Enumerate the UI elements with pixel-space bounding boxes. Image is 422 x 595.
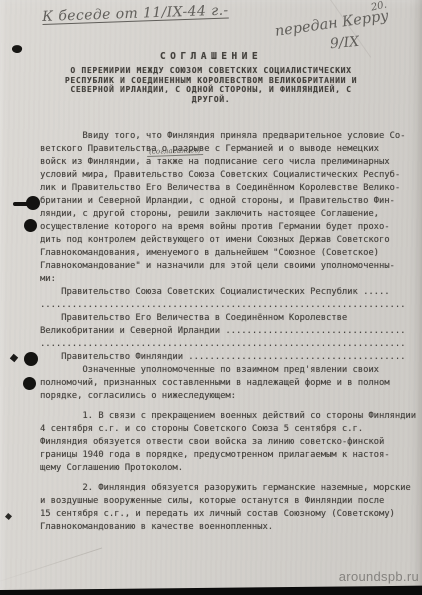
body-line: дить под контролем действующего от имени… (40, 234, 418, 247)
hole-punch-mark (23, 377, 36, 390)
body-line: Главнокомандованию в качестве военноплен… (40, 521, 418, 534)
hole-punch-mark (24, 352, 38, 366)
document-subtitle: О ПЕРЕМИРИИ МЕЖДУ СОЮЗОМ СОВЕТСКИХ СОЦИА… (51, 66, 371, 104)
body-line: британии и Северной Ирландии, с одной ст… (40, 195, 418, 208)
body-line: полномочий, признанных составленными в н… (40, 377, 418, 390)
ink-dot (10, 354, 18, 362)
body-line: Означенные уполномоченные по взаимном пр… (40, 364, 418, 377)
ink-dot (5, 513, 12, 520)
document-body: Ввиду того, что Финляндия приняла предва… (40, 130, 418, 534)
watermark-text: aroundspb.ru (339, 569, 419, 584)
body-line: и воздушные вооруженные силы, которые ос… (40, 495, 418, 508)
body-line: границы 1940 года в порядке, предусмотре… (40, 449, 418, 462)
body-line: осуществление которого на время войны пр… (40, 221, 418, 234)
body-line: Правительство Его Величества в Соединённ… (40, 312, 418, 325)
body-line: щему Соглашению Протоколом. (40, 462, 418, 475)
body-line: ........................................… (40, 338, 418, 351)
paper-crease (0, 547, 102, 585)
subtitle-line: РЕСПУБЛИК И СОЕДИНЕННЫМ КОРОЛЕВСТВОМ ВЕЛ… (51, 76, 371, 86)
body-line: порядке, согласились о нижеследующем: (40, 390, 418, 403)
hole-punch-mark (26, 196, 40, 210)
body-line: Ввиду того, что Финляндия приняла предва… (40, 130, 418, 143)
body-line: ляндии, с другой стороны, решили заключи… (40, 208, 418, 221)
body-line: Правительство Финляндии ................… (40, 351, 418, 364)
body-line: Главнокомандования, именуемого в дальней… (40, 247, 418, 260)
subtitle-line: СЕВЕРНОЙ ИРЛАНДИИ, С ОДНОЙ СТОРОНЫ, И ФИ… (51, 85, 371, 95)
body-line: ми: (40, 273, 418, 286)
subtitle-line: О ПЕРЕМИРИИ МЕЖДУ СОЮЗОМ СОВЕТСКИХ СОЦИА… (51, 66, 371, 76)
body-line: лик и Правительство Его Величества в Сое… (40, 182, 418, 195)
subtitle-line: ДРУГОЙ. (51, 95, 371, 105)
scanned-document-page: К беседе от 11/IX-44 г.- 20. передан Кер… (0, 0, 422, 595)
body-line: ........................................… (40, 299, 418, 312)
handwritten-top-left-note: К беседе от 11/IX-44 г.- (42, 2, 229, 24)
body-line: Финляндия обязуется отвести свои войска … (40, 436, 418, 449)
body-line: ветского Правительства о разрыве с Герма… (40, 143, 418, 156)
scan-edge-strip (0, 584, 422, 595)
document-title: СОГЛАШЕНИЕ (0, 51, 422, 62)
body-line: 1. В связи с прекращением военных действ… (40, 410, 418, 423)
body-line: 4 сентября с.г. и со стороны Советского … (40, 423, 418, 436)
hole-punch-mark (24, 219, 37, 232)
body-line: 15 сентября с.г., и передать их личный с… (40, 508, 418, 521)
body-line: войск из Финляндии, а также на подписани… (40, 156, 418, 169)
body-line: Великобритании и Северной Ирландии .....… (40, 325, 418, 338)
body-line: 2. Финляндия обязуется разоружить герман… (40, 482, 418, 495)
body-line: Правительство Союза Советских Социалисти… (40, 286, 418, 299)
body-line: Главнокомандование" и назначили для этой… (40, 260, 418, 273)
body-line: условий мира, Правительство Союза Советс… (40, 169, 418, 182)
